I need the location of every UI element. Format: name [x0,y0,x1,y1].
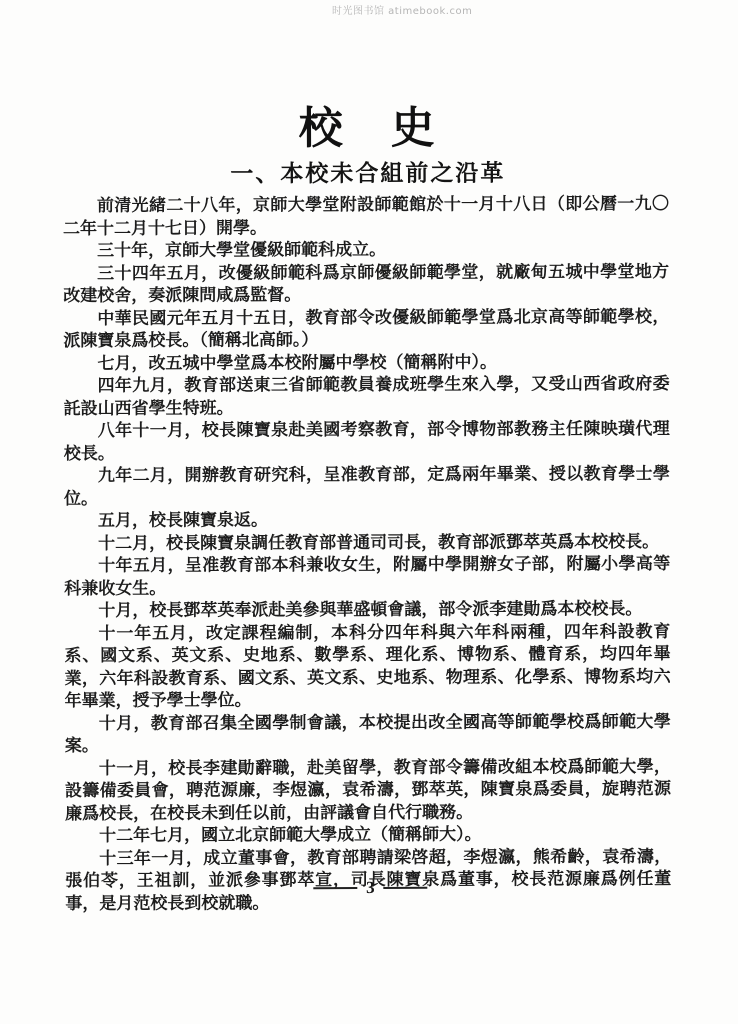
body-paragraph: 九年二月，開辦教育研究科，呈准教育部，定爲兩年畢業、授以教育學士學位。 [64,463,670,510]
body-paragraph: 八年十一月，校長陳寶泉赴美國考察教育，部令博物部教務主任陳映璜代理校長。 [64,418,670,465]
page-number: 3 [1,877,738,900]
body-paragraph: 五月，校長陳寶泉返。 [64,508,670,533]
page-number-dash-right [384,887,428,889]
body-paragraph: 三十年，京師大學堂優級師範科成立。 [63,238,669,263]
body-paragraph: 四年九月，教育部送東三省師範教員養成班學生來入學，又受山西省政府委託設山西省學生… [64,373,670,420]
body-paragraph: 十月，校長鄧萃英奉派赴美參與華盛頓會議，部令派李建勛爲本校校長。 [64,598,670,623]
page-content: 校 史 一、本校未合組前之沿革 前清光緒二十八年，京師大學堂附設師範館於十一月十… [0,0,738,1024]
page-number-dash-left [313,887,357,889]
body-paragraph: 十年五月，呈准教育部本科兼收女生，附屬中學開辦女子部，附屬小學高等科兼收女生。 [64,553,670,600]
body-paragraph: 十月，教育部召集全國學制會議，本校提出改全國高等師範學校爲師範大學案。 [65,710,671,757]
body-text: 前清光緒二十八年，京師大學堂附設師範館於十一月十八日（即公曆一九〇二年十二月十七… [63,193,672,915]
body-paragraph: 十二月，校長陳寶泉調任教育部普通司司長，教育部派鄧萃英爲本校校長。 [64,530,670,555]
body-paragraph: 中華民國元年五月十五日，教育部令改優級師範學堂爲北京高等師範學校，派陳寶泉爲校長… [63,305,669,352]
body-paragraph: 十一年五月，改定課程編制，本科分四年科與六年科兩種，四年科設教育系、國文系、英文… [64,620,670,712]
body-paragraph: 七月，改五城中學堂爲本校附屬中學校（簡稱附中）。 [63,350,669,375]
scanned-document-page: 时光图书馆 atimebook.com 校 史 一、本校未合組前之沿革 前清光緒… [0,0,738,1024]
page-number-value: 3 [366,878,375,898]
body-paragraph: 三十四年五月，改優級師範科爲京師優級師範學堂，就廠甸五城中學堂地方改建校舍，奏派… [63,260,669,307]
body-paragraph: 前清光緒二十八年，京師大學堂附設師範館於十一月十八日（即公曆一九〇二年十二月十七… [63,193,669,240]
document-title: 校 史 [0,103,737,156]
body-paragraph: 十二年七月，國立北京師範大學成立（簡稱師大）。 [65,823,671,848]
body-paragraph: 十一月，校長李建勛辭職，赴美留學，教育部令籌備改組本校爲師範大學，設籌備委員會，… [65,755,671,825]
section-heading: 一、本校未合組前之沿革 [0,158,737,191]
